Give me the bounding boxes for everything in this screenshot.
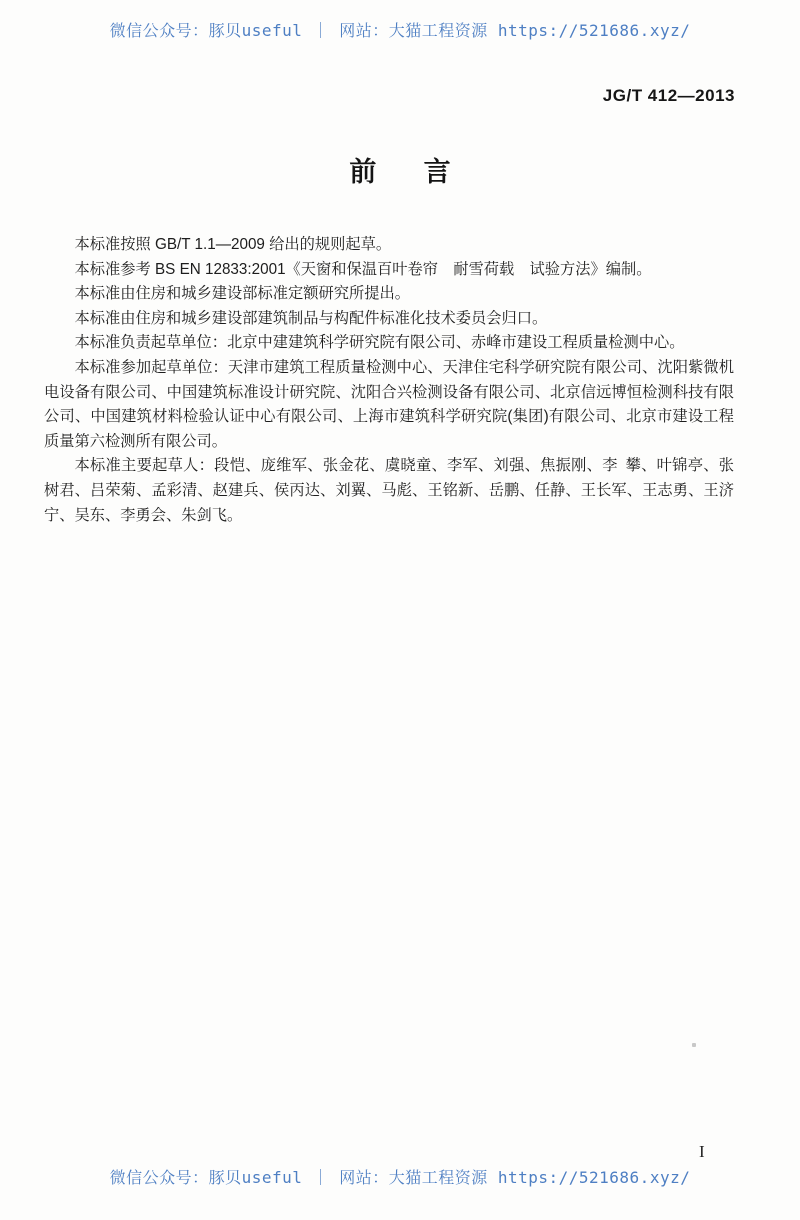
paragraph-chief-drafting-organizations: 本标准负责起草单位：北京中建建筑科学研究院有限公司、赤峰市建设工程质量检测中心。 bbox=[44, 331, 734, 356]
paragraph-drafting-rules: 本标准按照 GB/T 1.1—2009 给出的规则起草。 bbox=[44, 233, 734, 258]
foreword-body: 本标准按照 GB/T 1.1—2009 给出的规则起草。 本标准参考 BS EN… bbox=[44, 233, 734, 528]
paragraph-reference-standard: 本标准参考 BS EN 12833:2001《天窗和保温百叶卷帘 耐雪荷载 试验… bbox=[44, 258, 734, 283]
watermark-bottom: 微信公众号：豚贝useful ｜ 网站：大猫工程资源 https://52168… bbox=[0, 1165, 800, 1188]
watermark-top: 微信公众号：豚贝useful ｜ 网站：大猫工程资源 https://52168… bbox=[0, 18, 800, 41]
foreword-title: 前言 bbox=[0, 159, 800, 186]
page-number: I bbox=[699, 1142, 705, 1162]
paragraph-chief-drafters: 本标准主要起草人：段恺、庞维军、张金花、虞晓童、李军、刘强、焦振刚、李 攀、叶锦… bbox=[44, 454, 734, 528]
paragraph-proposed-by: 本标准由住房和城乡建设部标准定额研究所提出。 bbox=[44, 282, 734, 307]
document-page: 微信公众号：豚贝useful ｜ 网站：大猫工程资源 https://52168… bbox=[0, 0, 800, 1220]
standard-code: JG/T 412—2013 bbox=[603, 86, 735, 106]
paragraph-participating-organizations: 本标准参加起草单位：天津市建筑工程质量检测中心、天津住宅科学研究院有限公司、沈阳… bbox=[44, 356, 734, 454]
paragraph-under-jurisdiction: 本标准由住房和城乡建设部建筑制品与构配件标准化技术委员会归口。 bbox=[44, 307, 734, 332]
scan-speck bbox=[692, 1043, 696, 1047]
